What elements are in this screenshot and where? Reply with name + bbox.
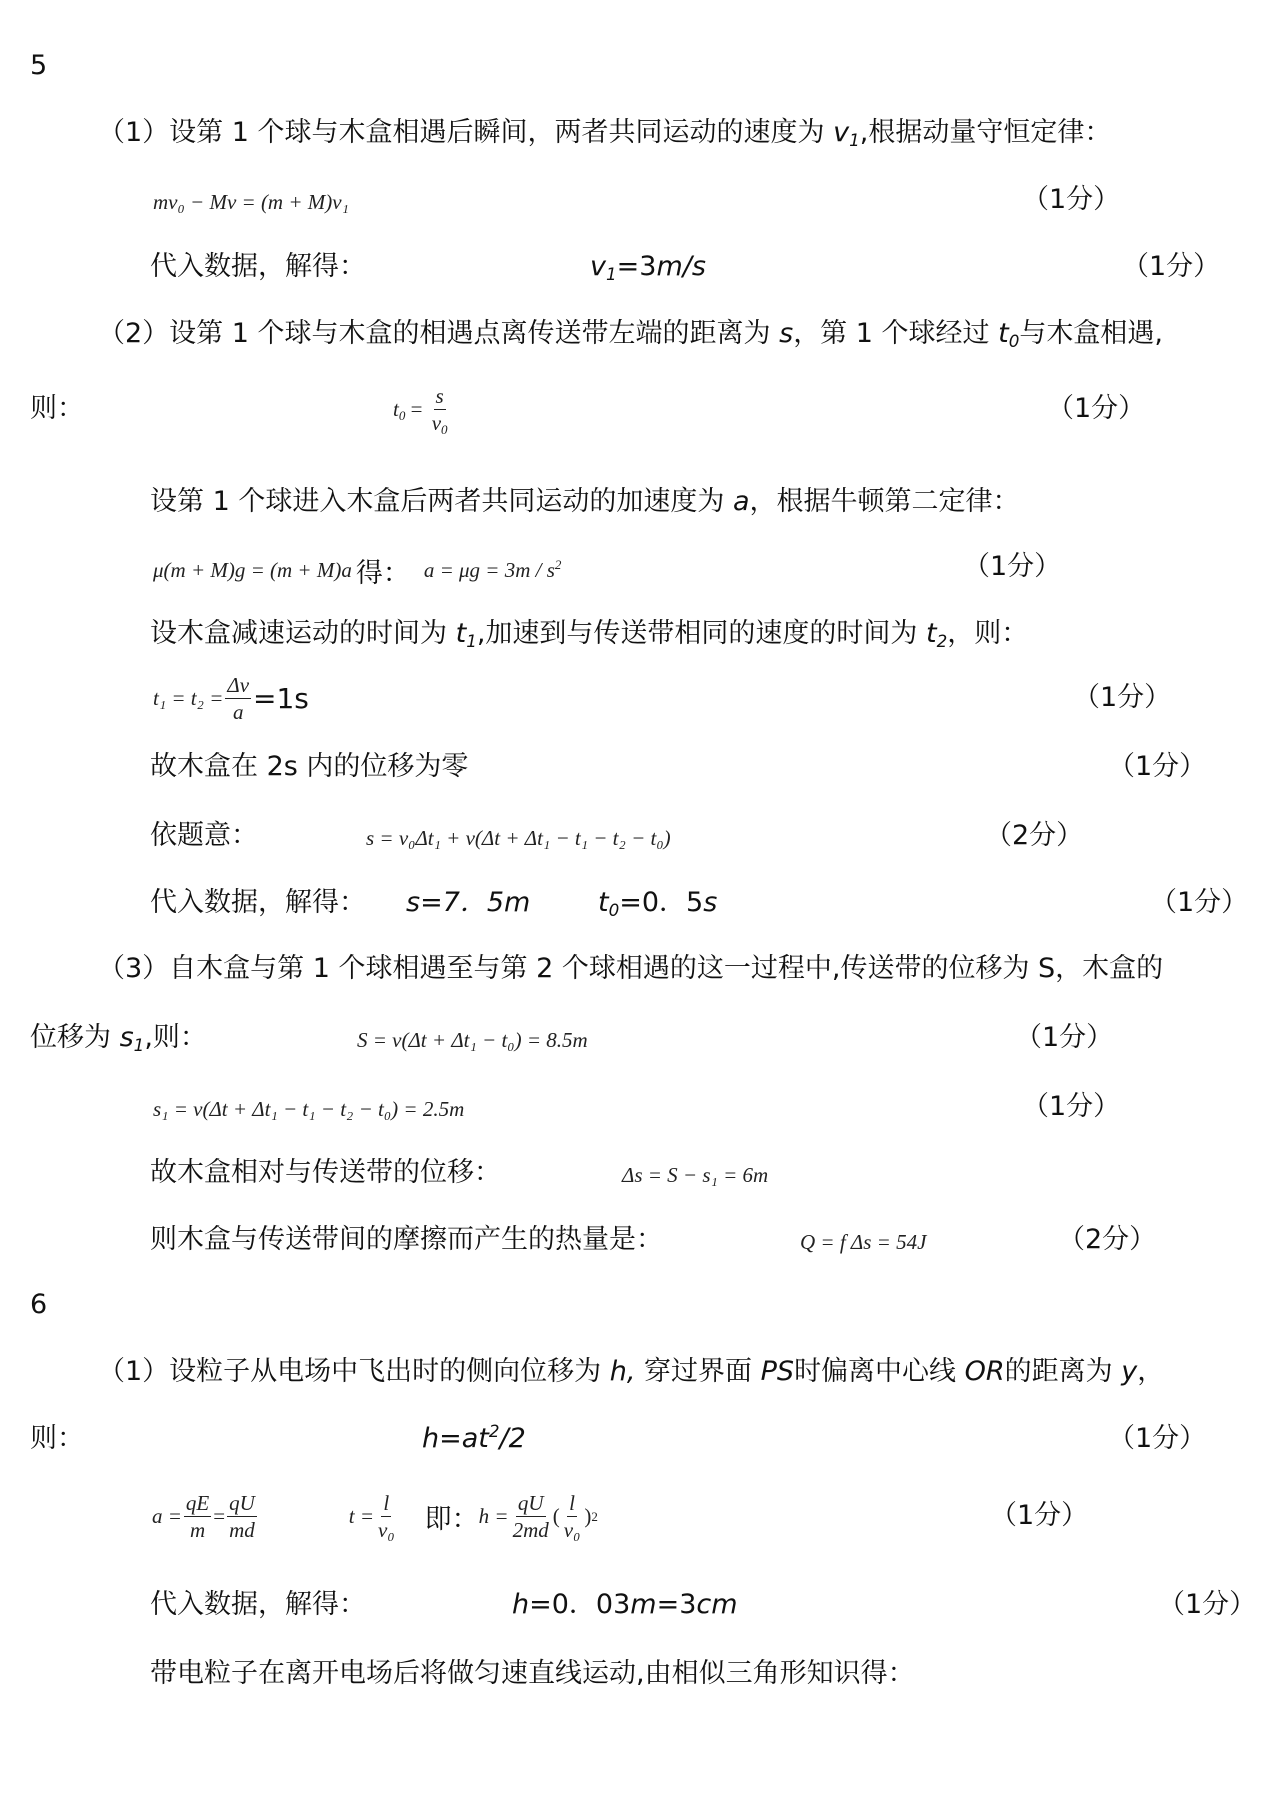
newton-result: a = μg = 3m / s2 bbox=[424, 558, 562, 583]
score-marker: （1分） bbox=[1108, 1423, 1206, 1455]
q5-p3-cont: 位移为 s1,则： bbox=[30, 1022, 207, 1054]
var-t0: t bbox=[998, 318, 1009, 349]
score-marker: （1分） bbox=[1047, 393, 1145, 425]
qU-over-md: qUmd bbox=[227, 1490, 257, 1543]
qU-over-2md: qU2md bbox=[511, 1490, 551, 1543]
q5-p2-mid: ，第 1 个球经过 bbox=[793, 318, 998, 349]
t0-lhs: t0 bbox=[393, 397, 405, 422]
result-unit: m/s bbox=[656, 251, 705, 282]
accel-text: 设第 1 个球进入木盒后两者共同运动的加速度为 a，根据牛顿第二定律： bbox=[150, 486, 1019, 518]
t-lhs: t = bbox=[349, 1504, 374, 1529]
equals: = bbox=[405, 397, 427, 422]
relative-displacement-text: 故木盒相对与传送带的位移： bbox=[150, 1157, 501, 1189]
heat-text: 则木盒与传送带间的摩擦而产生的热量是： bbox=[150, 1224, 663, 1256]
t0-fraction: s v0 bbox=[430, 383, 450, 436]
q5-part1-intro: （1）设第 1 个球与木盒相遇后瞬间，两者共同运动的速度为 v1,根据动量守恒定… bbox=[98, 117, 1111, 149]
score-marker: （1分） bbox=[963, 551, 1061, 583]
q5-part3-intro: （3）自木盒与第 1 个球相遇至与第 2 个球相遇的这一过程中,传送带的位移为 … bbox=[98, 953, 1163, 985]
qE-over-m: qEm bbox=[184, 1490, 211, 1543]
score-marker: （1分） bbox=[1150, 887, 1248, 919]
cond-label: 依题意： bbox=[150, 820, 258, 852]
q5-p1-var: v bbox=[833, 117, 849, 148]
time-text: 设木盒减速运动的时间为 t1,加速到与传送带相同的速度的时间为 t2，则： bbox=[150, 618, 1028, 650]
q5-p2-intro-text: （2）设第 1 个球与木盒的相遇点离传送带左端的距离为 bbox=[98, 318, 779, 349]
accel-rest: ，根据牛顿第二定律： bbox=[749, 486, 1019, 517]
accel-time-formulas: a = qEm = qUmd t = lv₀ 即： h = qU2md (lv₀… bbox=[152, 1490, 598, 1543]
result-sub: 1 bbox=[606, 264, 617, 284]
score-marker: （1分） bbox=[1122, 251, 1220, 283]
score-marker: （2分） bbox=[1058, 1224, 1156, 1256]
a-lhs: a = bbox=[152, 1504, 182, 1529]
solve-s: s=7．5m bbox=[406, 887, 530, 919]
q5-part2-intro: （2）设第 1 个球与木盒的相遇点离传送带左端的距离为 s，第 1 个球经过 t… bbox=[98, 318, 1163, 350]
t1t2-formula: t₁ = t₂ = Δv a =1s bbox=[153, 672, 309, 725]
score-marker: （1分） bbox=[1015, 1022, 1113, 1054]
time-end: ，则： bbox=[947, 618, 1028, 649]
h-lhs: h = bbox=[479, 1504, 509, 1529]
momentum-formula: mv₀ − Mv = (m + M)v₁ bbox=[153, 186, 349, 218]
cond-formula: s = v₀Δt₁ + v(Δt + Δt₁ − t₁ − t₂ − t₀) bbox=[366, 822, 671, 854]
zero-displacement-text: 故木盒在 2s 内的位移为零 bbox=[150, 751, 468, 783]
closing-text: 带电粒子在离开电场后将做匀速直线运动,由相似三角形知识得： bbox=[150, 1658, 915, 1690]
accel-text-a: 设第 1 个球进入木盒后两者共同运动的加速度为 bbox=[150, 486, 733, 517]
then-label: 则： bbox=[30, 393, 84, 425]
s1-formula: s₁ = v(Δt + Δt₁ − t₁ − t₂ − t₀) = 2.5m bbox=[153, 1093, 464, 1125]
solve-label-2: 代入数据，解得： bbox=[150, 887, 366, 919]
q5-p1-solve: 代入数据，解得： bbox=[150, 251, 366, 283]
accel-var: a bbox=[733, 486, 750, 517]
v1-result: v1=3m/s bbox=[590, 251, 706, 283]
h-formula: h=at2/2 bbox=[422, 1423, 526, 1455]
time-mid: ,加速到与传送带相同的速度的时间为 bbox=[477, 618, 926, 649]
ie-label: 即： bbox=[425, 1497, 479, 1536]
heat-formula: Q = f Δs = 54J bbox=[800, 1226, 926, 1258]
score-marker: （1分） bbox=[1108, 751, 1206, 783]
result-value: =3 bbox=[617, 251, 657, 282]
t1t2-lhs: t₁ = t₂ = bbox=[153, 686, 223, 711]
solve-label-6: 代入数据，解得： bbox=[150, 1589, 366, 1621]
q5-p1-rest: ,根据动量守恒定律： bbox=[860, 117, 1112, 148]
score-marker: （1分） bbox=[1158, 1589, 1256, 1621]
var-t0-sub: 0 bbox=[1009, 331, 1020, 351]
rel-formula: Δs = S − s₁ = 6m bbox=[622, 1159, 768, 1191]
time-t2: t bbox=[926, 618, 937, 649]
l-over-v0-paren: lv₀ bbox=[562, 1490, 583, 1543]
t1t2-result: =1s bbox=[253, 682, 309, 715]
result-var: v bbox=[590, 251, 606, 282]
q5-p1-intro-text: （1）设第 1 个球与木盒相遇后瞬间，两者共同运动的速度为 bbox=[98, 117, 833, 148]
time-t2-sub: 2 bbox=[937, 631, 948, 651]
question-number-5: 5 bbox=[30, 50, 47, 82]
S-formula: S = v(Δt + Δt₁ − t₀) = 8.5m bbox=[357, 1024, 588, 1056]
q6-part1-intro: （1）设粒子从电场中飞出时的侧向位移为 h, 穿过界面 PS时偏离中心线 OR的… bbox=[98, 1356, 1164, 1388]
t1t2-fraction: Δv a bbox=[225, 672, 251, 725]
a-eq: = bbox=[213, 1504, 225, 1529]
solve-t0: t0=0．5s bbox=[598, 887, 717, 919]
newton-formula: μ(m + M)g = (m + M)a bbox=[153, 558, 352, 583]
t0-formula: t0 = s v0 bbox=[393, 383, 452, 436]
newton-row: μ(m + M)g = (m + M)a 得： a = μg = 3m / s2 bbox=[153, 551, 561, 590]
then-label-6: 则： bbox=[30, 1423, 84, 1455]
q5-p1-var-sub: 1 bbox=[849, 130, 860, 150]
time-t1-sub: 1 bbox=[466, 631, 477, 651]
time-text-a: 设木盒减速运动的时间为 bbox=[150, 618, 456, 649]
l-over-v0: lv₀ bbox=[376, 1490, 397, 1543]
var-s: s bbox=[779, 318, 793, 349]
score-marker: （1分） bbox=[1022, 184, 1120, 216]
h-result: h=0．03m=3cm bbox=[512, 1589, 738, 1621]
time-t1: t bbox=[456, 618, 467, 649]
score-marker: （1分） bbox=[1073, 682, 1171, 714]
score-marker: （1分） bbox=[1022, 1091, 1120, 1123]
score-marker: （2分） bbox=[985, 820, 1083, 852]
q5-p2-end: 与木盒相遇, bbox=[1019, 318, 1163, 349]
newton-get: 得： bbox=[356, 551, 410, 590]
solve-label: 代入数据，解得： bbox=[150, 251, 366, 282]
question-number-6: 6 bbox=[30, 1289, 47, 1321]
score-marker: （1分） bbox=[990, 1500, 1088, 1532]
